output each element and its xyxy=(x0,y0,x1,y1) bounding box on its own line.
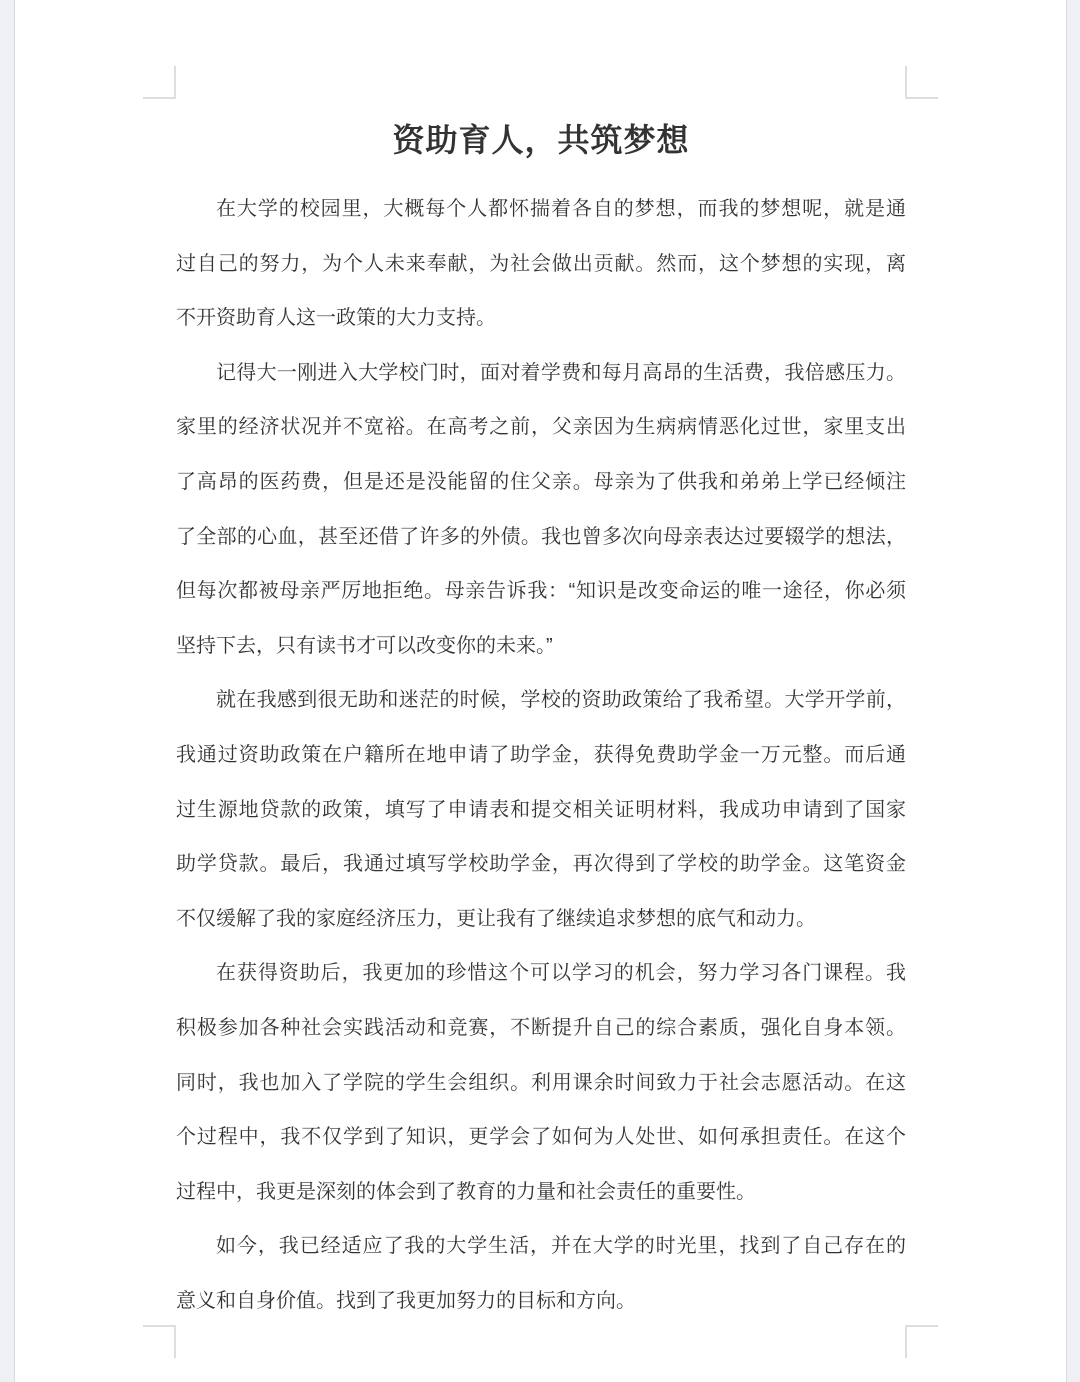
text-line: 了全部的心血，甚至还借了许多的外债。我也曾多次向母亲表达过要辍学的想法， xyxy=(176,510,906,565)
margin-mark-bottom-left xyxy=(143,1325,176,1358)
text-line: 意义和自身价值。找到了我更加努力的目标和方向。 xyxy=(176,1274,906,1329)
text-line: 不开资助育人这一政策的大力支持。 xyxy=(176,291,906,346)
text-line: 不仅缓解了我的家庭经济压力，更让我有了继续追求梦想的底气和动力。 xyxy=(176,892,906,947)
margin-mark-top-right xyxy=(905,66,938,99)
document-title: 资助育人，共筑梦想 xyxy=(176,116,906,164)
text-line: 过生源地贷款的政策，填写了申请表和提交相关证明材料，我成功申请到了国家 xyxy=(176,783,906,838)
text-line: 同时，我也加入了学院的学生会组织。利用课余时间致力于社会志愿活动。在这 xyxy=(176,1056,906,1111)
text-line: 过自己的努力，为个人未来奉献，为社会做出贡献。然而，这个梦想的实现，离 xyxy=(176,237,906,292)
text-line: 家里的经济状况并不宽裕。在高考之前，父亲因为生病病情恶化过世，家里支出 xyxy=(176,400,906,455)
margin-mark-bottom-right xyxy=(905,1325,938,1358)
text-line: 助学贷款。最后，我通过填写学校助学金，再次得到了学校的助学金。这笔资金 xyxy=(176,837,906,892)
text-line: 但每次都被母亲严厉地拒绝。母亲告诉我：“知识是改变命运的唯一途径，你必须 xyxy=(176,564,906,619)
text-line: 就在我感到很无助和迷茫的时候，学校的资助政策给了我希望。大学开学前， xyxy=(176,673,906,728)
text-line: 个过程中，我不仅学到了知识，更学会了如何为人处世、如何承担责任。在这个 xyxy=(176,1110,906,1165)
text-line: 过程中，我更是深刻的体会到了教育的力量和社会责任的重要性。 xyxy=(176,1165,906,1220)
text-line: 在大学的校园里，大概每个人都怀揣着各自的梦想，而我的梦想呢，就是通 xyxy=(176,182,906,237)
text-line: 积极参加各种社会实践活动和竞赛，不断提升自己的综合素质，强化自身本领。 xyxy=(176,1001,906,1056)
text-line: 我通过资助政策在户籍所在地申请了助学金，获得免费助学金一万元整。而后通 xyxy=(176,728,906,783)
document-body: 在大学的校园里，大概每个人都怀揣着各自的梦想，而我的梦想呢，就是通过自己的努力，… xyxy=(176,182,906,1328)
left-page-gutter xyxy=(0,0,15,1382)
text-line: 坚持下去，只有读书才可以改变你的未来。” xyxy=(176,619,906,674)
text-line: 在获得资助后，我更加的珍惜这个可以学习的机会，努力学习各门课程。我 xyxy=(176,946,906,1001)
text-line: 了高昂的医药费，但是还是没能留的住父亲。母亲为了供我和弟弟上学已经倾注 xyxy=(176,455,906,510)
text-line: 如今，我已经适应了我的大学生活，并在大学的时光里，找到了自己存在的 xyxy=(176,1219,906,1274)
margin-mark-top-left xyxy=(143,66,176,99)
document-page: 资助育人，共筑梦想 在大学的校园里，大概每个人都怀揣着各自的梦想，而我的梦想呢，… xyxy=(0,0,1080,1382)
text-line: 记得大一刚进入大学校门时，面对着学费和每月高昂的生活费，我倍感压力。 xyxy=(176,346,906,401)
right-page-gutter xyxy=(1066,0,1080,1382)
